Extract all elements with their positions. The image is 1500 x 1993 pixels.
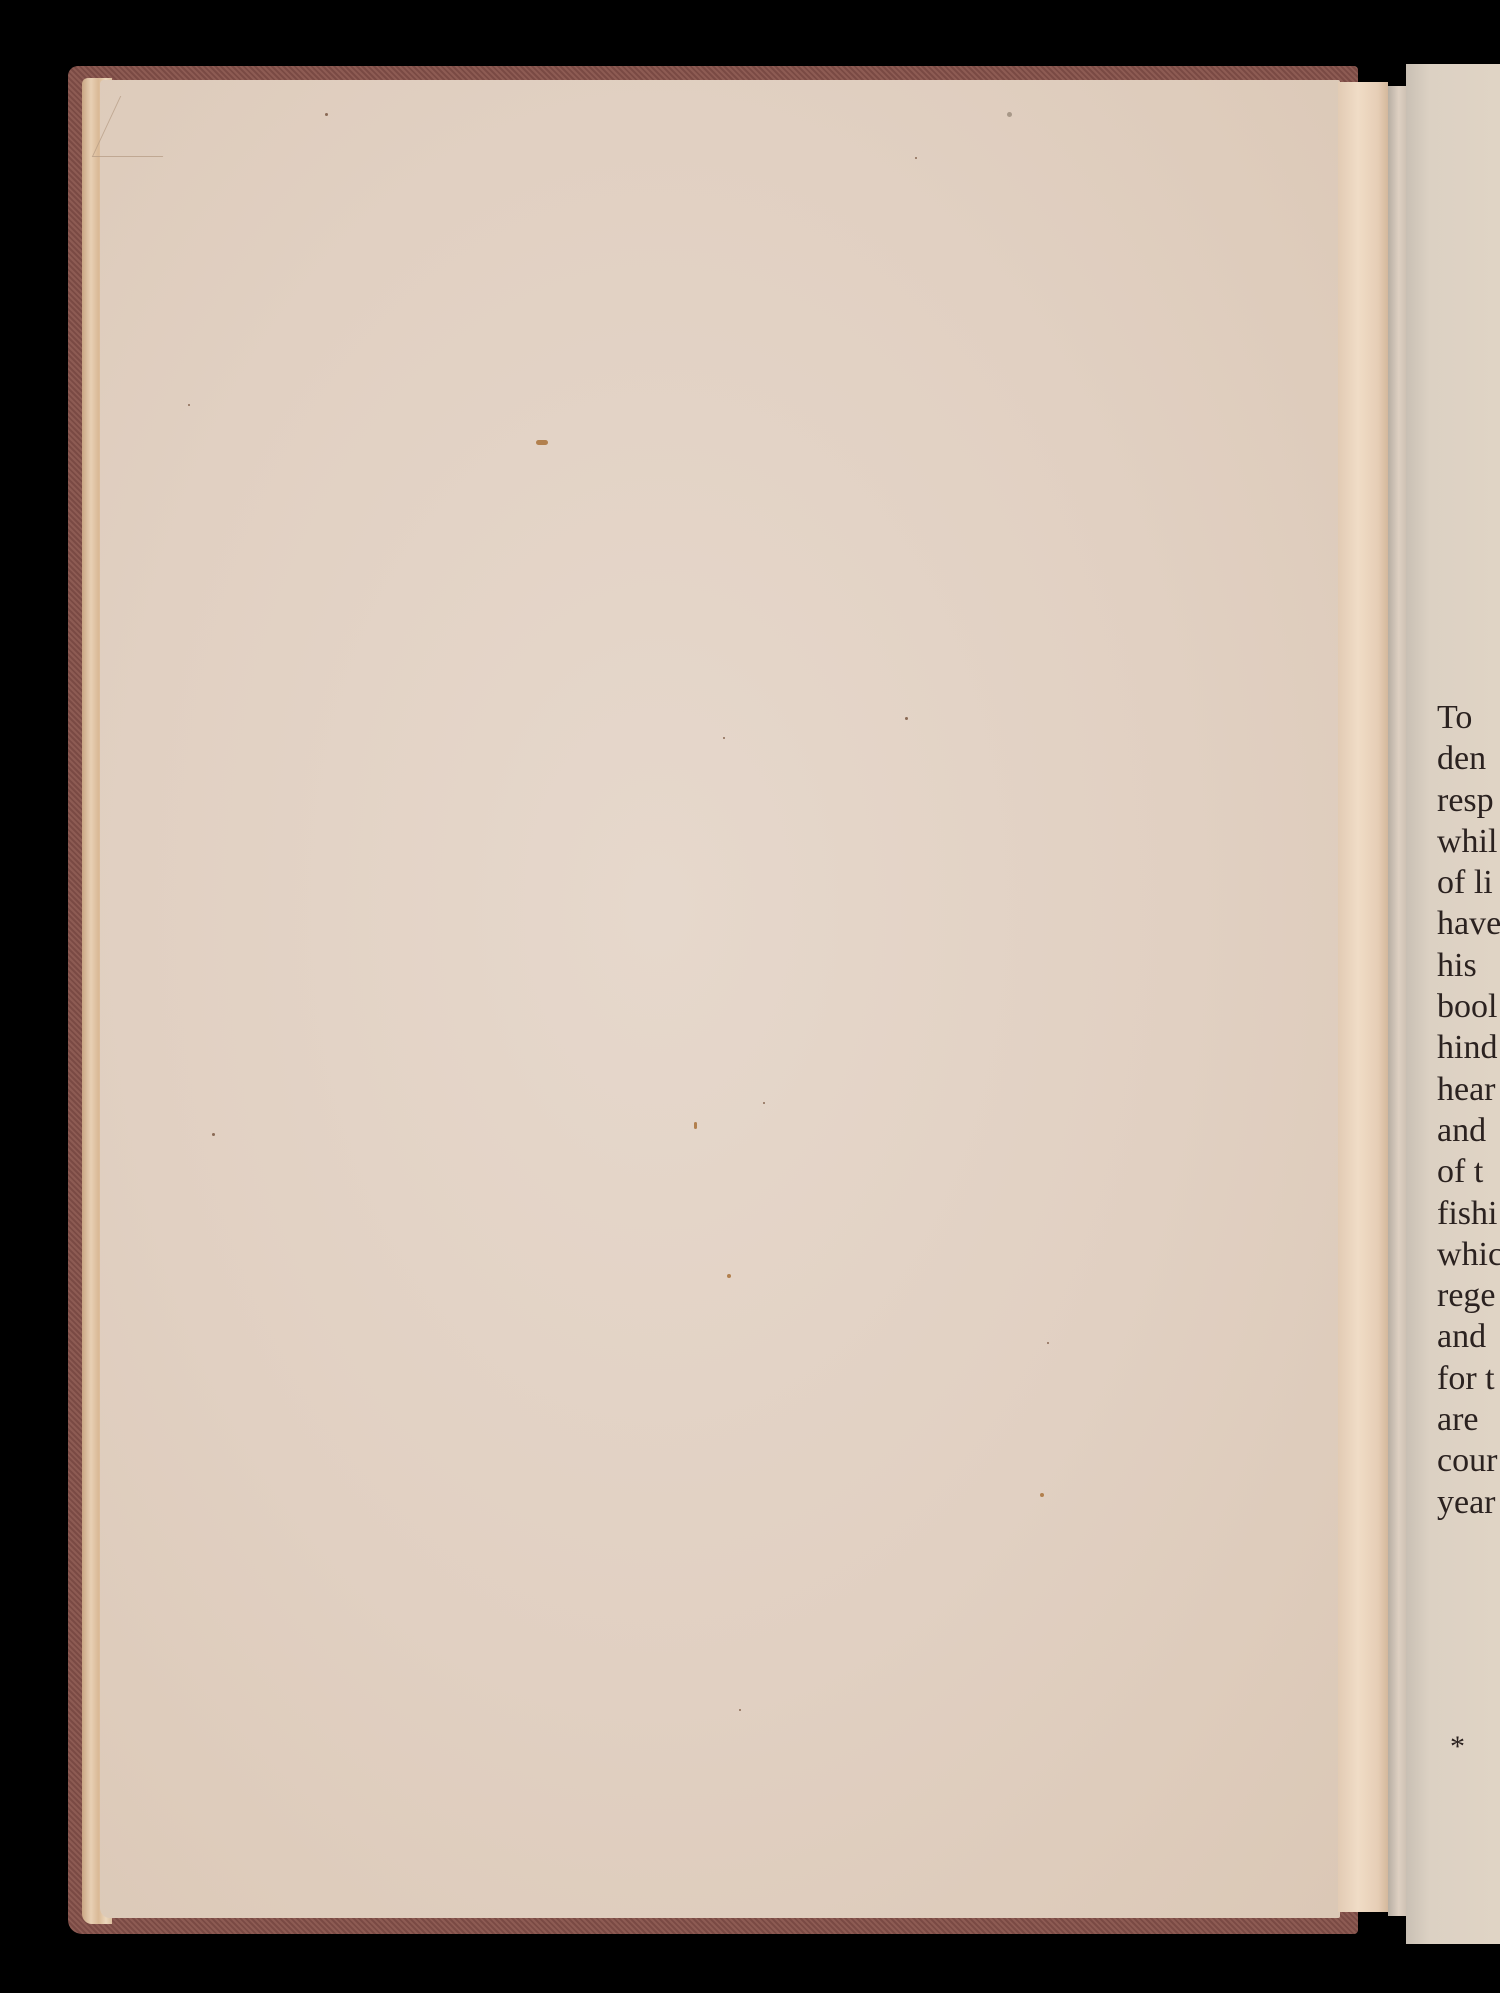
text-line: whic	[1437, 1234, 1500, 1275]
folded-corner-mark	[92, 96, 191, 157]
text-line: den	[1437, 738, 1500, 779]
text-line: year	[1437, 1482, 1500, 1523]
paper-speck	[723, 737, 725, 739]
paper-stain	[1040, 1493, 1044, 1497]
text-line: and	[1437, 1110, 1500, 1151]
text-line: have	[1437, 903, 1500, 944]
text-line: resp	[1437, 780, 1500, 821]
text-line: of li	[1437, 862, 1500, 903]
paper-speck	[212, 1133, 215, 1136]
binding-strip	[1388, 86, 1406, 1916]
paper-stain	[536, 440, 548, 445]
text-line: To	[1437, 697, 1500, 738]
text-line: bool	[1437, 986, 1500, 1027]
paper-speck	[763, 1102, 765, 1104]
text-line: are	[1437, 1399, 1500, 1440]
text-line: his	[1437, 945, 1500, 986]
footnote-marker: *	[1450, 1730, 1465, 1764]
book-scan: To den resp whil of li have his bool hin…	[0, 0, 1500, 1993]
paper-speck	[915, 157, 917, 159]
paper-speck	[739, 1709, 741, 1711]
text-line: for t	[1437, 1358, 1500, 1399]
paper-speck	[188, 404, 190, 406]
text-line: cour	[1437, 1440, 1500, 1481]
text-line: hear	[1437, 1069, 1500, 1110]
paper-speck	[1007, 112, 1012, 117]
text-line: and	[1437, 1316, 1500, 1357]
paper-speck	[325, 113, 328, 116]
text-line: whil	[1437, 821, 1500, 862]
page-curl-gutter	[1338, 82, 1388, 1912]
paper-speck	[1047, 1342, 1049, 1344]
right-page-text-column: To den resp whil of li have his bool hin…	[1437, 697, 1500, 1523]
text-line: of t	[1437, 1151, 1500, 1192]
text-line: rege	[1437, 1275, 1500, 1316]
left-blank-page	[100, 80, 1340, 1918]
paper-stain	[694, 1122, 697, 1129]
text-line: hind	[1437, 1027, 1500, 1068]
paper-speck	[905, 717, 908, 720]
text-line: fishi	[1437, 1193, 1500, 1234]
paper-stain	[727, 1274, 731, 1278]
